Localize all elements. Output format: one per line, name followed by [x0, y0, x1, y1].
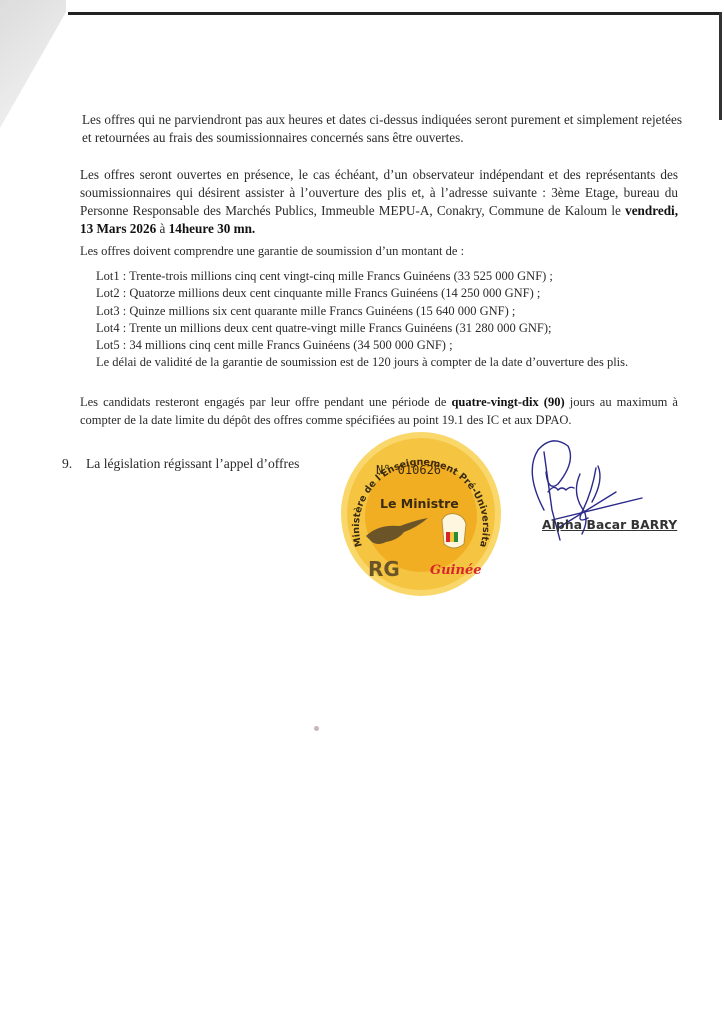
seal-rg: RG [368, 557, 400, 581]
seal-number: N° 010626 [376, 463, 441, 477]
section-number: 9. [62, 455, 86, 473]
ministry-seal-stamp: Ministère de l'Enseignement Pré-Universi… [338, 428, 504, 598]
seal-title: Le Ministre [380, 496, 459, 511]
page-fold-corner [0, 0, 70, 130]
paragraph-candidates: Les candidats resteront engagés par leur… [80, 394, 678, 429]
lot-item: Lot3 : Quinze millions six cent quarante… [96, 303, 656, 320]
page-border-top [68, 12, 722, 15]
section-9-heading: 9.La législation régissant l’appel d’off… [62, 455, 362, 473]
opening-connector: à [156, 221, 168, 236]
lot-item: Lot5 : 34 millions cinq cent mille Franc… [96, 337, 656, 354]
lot-item: Lot2 : Quatorze millions deux cent cinqu… [96, 285, 656, 302]
paragraph-late-offers: Les offres qui ne parviendront pas aux h… [82, 111, 682, 147]
validity-period: quatre-vingt-dix (90) [451, 395, 564, 409]
opening-text: Les offres seront ouvertes en présence, … [80, 167, 678, 218]
lots-list: Lot1 : Trente-trois millions cinq cent v… [96, 268, 656, 354]
opening-time: 14heure 30 mn. [169, 221, 256, 236]
paragraph-validity: Le délai de validité de la garantie de s… [96, 353, 671, 371]
lot-item: Lot4 : Trente un millions deux cent quat… [96, 320, 656, 337]
signatory-name: Alpha Bacar BARRY [542, 518, 677, 532]
section-title: La législation régissant l’appel d’offre… [86, 456, 299, 471]
page-border-right [719, 12, 722, 120]
scan-speck [314, 726, 319, 731]
paragraph-guarantee-intro: Les offres doivent comprendre une garant… [80, 242, 680, 260]
lot-item: Lot1 : Trente-trois millions cinq cent v… [96, 268, 656, 285]
paragraph-opening: Les offres seront ouvertes en présence, … [80, 166, 678, 238]
coat-of-arms-icon [442, 514, 466, 548]
seal-country: Guinée [430, 563, 482, 578]
